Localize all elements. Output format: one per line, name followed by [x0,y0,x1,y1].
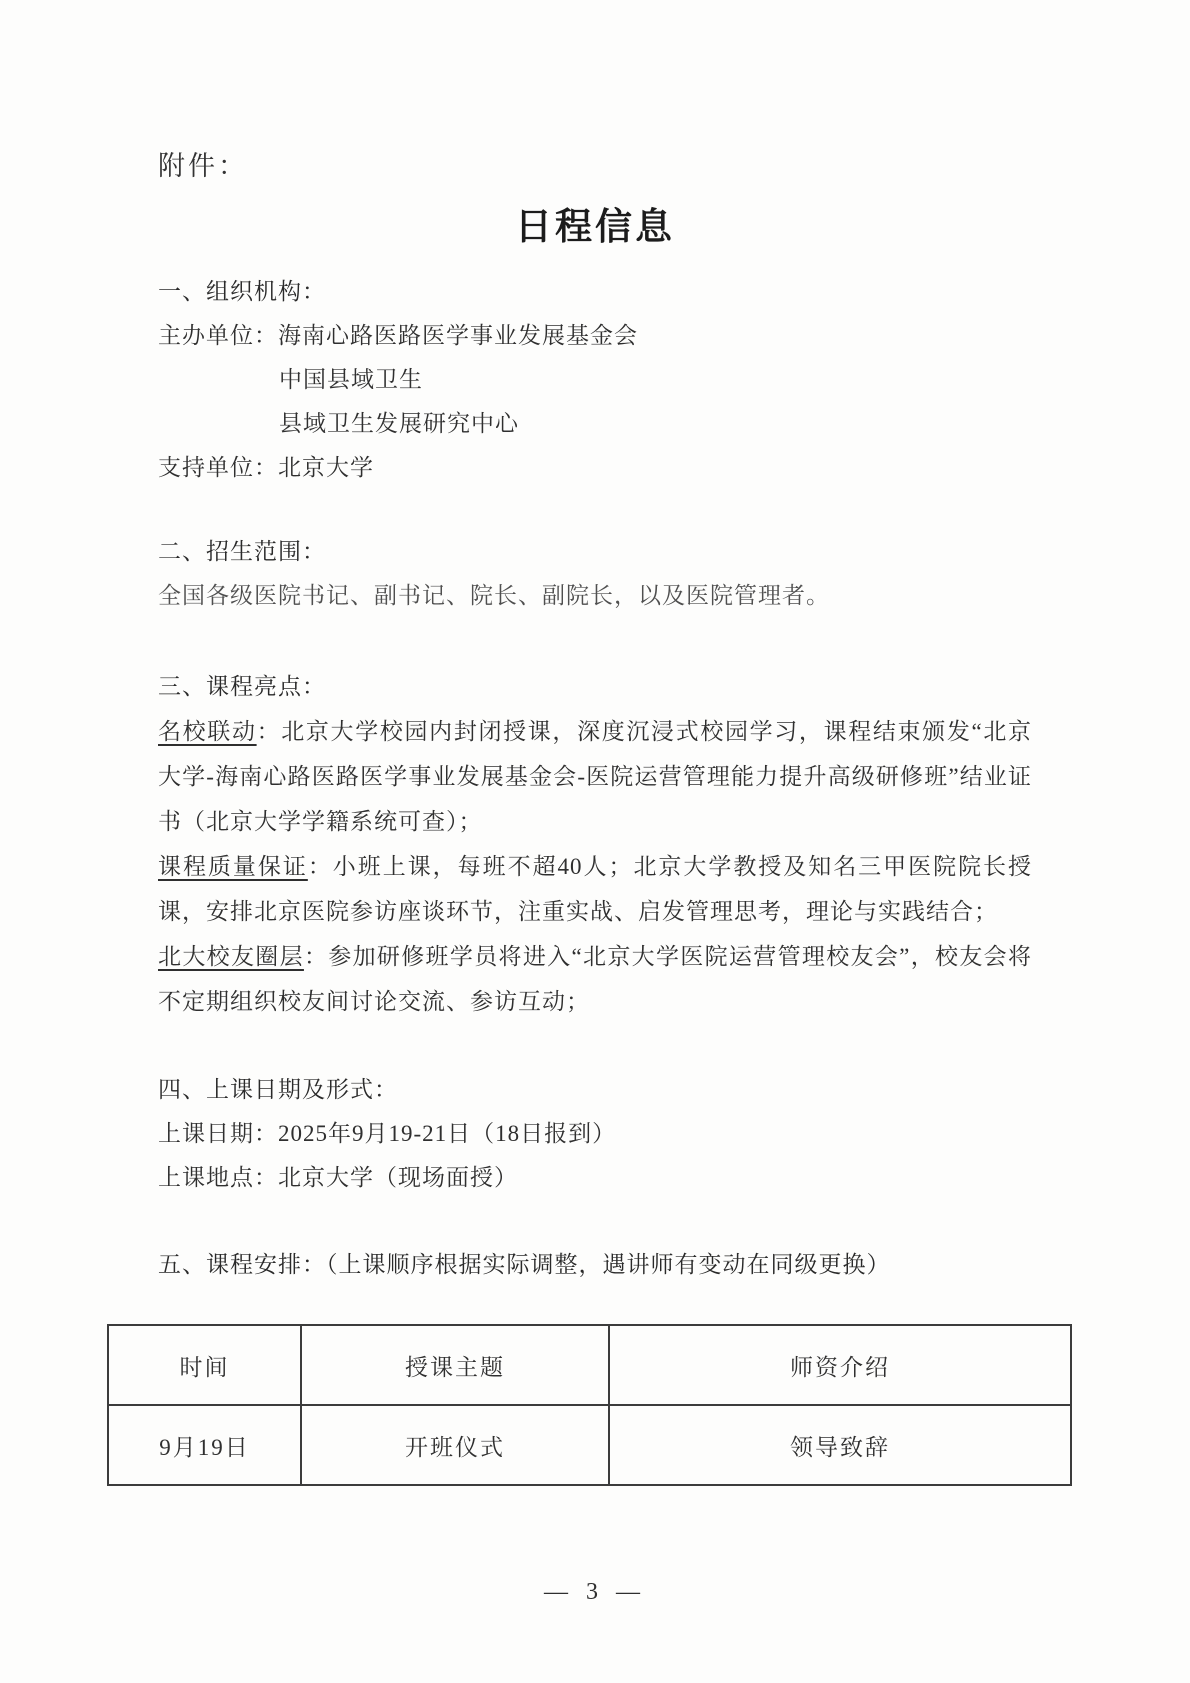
section-heading-highlights: 三、课程亮点： [158,665,1032,709]
section-heading-arrangement: 五、课程安排：（上课顺序根据实际调整，遇讲师有变动在同级更换） [158,1243,1032,1287]
arrangement-heading: 五、课程安排： [158,1252,326,1277]
section-heading-organization: 一、组织机构： [158,270,1032,314]
host-organizer-line: 主办单位：海南心路医路医学事业发展基金会 [158,314,1032,358]
enrollment-scope-text: 全国各级医院书记、副书记、院长、副院长，以及医院管理者。 [158,574,1032,618]
document-content: 附件： 日程信息 一、组织机构： 主办单位：海南心路医路医学事业发展基金会 中国… [0,0,1190,1486]
highlight-quality-paragraph: 课程质量保证：小班上课，每班不超40人；北京大学教授及知名三甲医院院长授课，安排… [158,844,1032,934]
attachment-label: 附件： [158,146,1032,186]
class-date-line: 上课日期：2025年9月19-21日（18日报到） [158,1112,1032,1156]
table-header-topic: 授课主题 [301,1325,609,1405]
highlight-campus-lead: 名校联动 [158,719,257,744]
page-number: — 3 — [0,1574,1190,1610]
highlight-alumni-lead: 北大校友圈层 [158,944,304,969]
table-cell-faculty: 领导致辞 [609,1405,1071,1485]
course-schedule-table: 时间 授课主题 师资介绍 9月19日 开班仪式 领导致辞 [107,1324,1072,1486]
table-header-faculty: 师资介绍 [609,1325,1071,1405]
table-header-time: 时间 [108,1325,301,1405]
page-title: 日程信息 [158,204,1032,250]
table-cell-time: 9月19日 [108,1405,301,1485]
host-org-2: 中国县域卫生 [158,358,1032,402]
support-org: 北京大学 [278,455,374,480]
highlight-quality-lead: 课程质量保证 [158,854,308,879]
host-org-3: 县域卫生发展研究中心 [158,402,1032,446]
document-page: 附件： 日程信息 一、组织机构： 主办单位：海南心路医路医学事业发展基金会 中国… [0,0,1190,1683]
support-label: 支持单位： [158,455,278,480]
arrangement-heading-note: （上课顺序根据实际调整，遇讲师有变动在同级更换） [326,1252,891,1277]
highlight-campus-paragraph: 名校联动：北京大学校园内封闭授课，深度沉浸式校园学习，课程结束颁发“北京大学-海… [158,709,1032,844]
class-location-line: 上课地点：北京大学（现场面授） [158,1156,1032,1200]
support-organizer-line: 支持单位：北京大学 [158,446,1032,490]
table-header-row: 时间 授课主题 师资介绍 [108,1325,1071,1405]
section-heading-schedule-form: 四、上课日期及形式： [158,1068,1032,1112]
section-heading-enrollment: 二、招生范围： [158,530,1032,574]
highlight-campus-text: ：北京大学校园内封闭授课，深度沉浸式校园学习，课程结束颁发“北京大学-海南心路医… [158,719,1032,834]
host-label: 主办单位： [158,323,278,348]
host-org-1: 海南心路医路医学事业发展基金会 [278,323,638,348]
highlight-alumni-paragraph: 北大校友圈层：参加研修班学员将进入“北京大学医院运营管理校友会”，校友会将不定期… [158,934,1032,1024]
table-cell-topic: 开班仪式 [301,1405,609,1485]
table-row: 9月19日 开班仪式 领导致辞 [108,1405,1071,1485]
